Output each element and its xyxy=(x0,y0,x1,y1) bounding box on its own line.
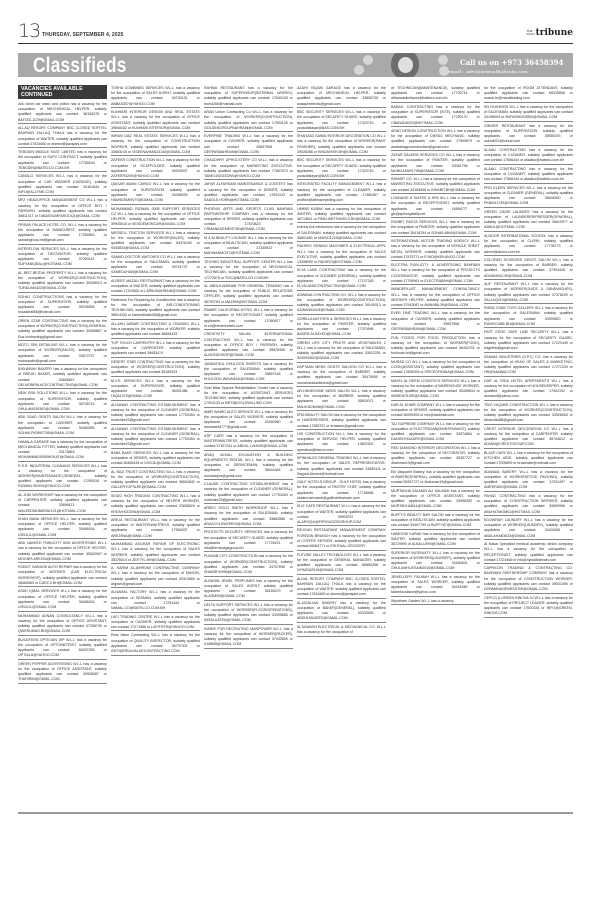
page-number: 13 xyxy=(18,20,40,42)
classified-ad: FIRSAN PALACE HOTEL CO. W.L.L has a vaca… xyxy=(18,221,107,245)
classified-ad: FUTURE VALLEY TECHNOLOGY W.L.L has a vac… xyxy=(297,551,386,575)
classified-ad: ELIZ CAFE RESTAURANT W.L.L has a vacancy… xyxy=(297,502,386,526)
classified-ad: ALTAAWASI ELECTRICAL & MECHANICAL CO. W.… xyxy=(297,623,386,637)
classified-ad: ROBOT GARAGE AUTO REPAIR has a vacancy f… xyxy=(18,563,107,587)
classified-ad: AMIR WAHID AUTO SERVICE W.L.L has a vaca… xyxy=(204,408,293,432)
classified-ad: SHAHZAD SAWAI INTERIOR DECORATION CO W.L… xyxy=(297,132,386,156)
classified-ad: MURTADHA SALMAN ALI SALMAN has a vacancy… xyxy=(391,487,480,511)
mobile-icon xyxy=(438,55,448,65)
classified-ad: ABU SAAD GENTS SALON W.L.L has a vacancy… xyxy=(18,413,107,437)
classified-ad: LAFI TRADING CENTRE W.L.L has a vacancy … xyxy=(111,613,200,632)
classified-ad: CREATIVITY SALMA INTERNATIONAL CONTRACTI… xyxy=(204,330,293,359)
classified-ad: BANAD CONTRACTING has a vacancy for the … xyxy=(391,103,480,127)
classified-ad: ERA BEAUTY SALON has a vacancy for the o… xyxy=(297,411,386,430)
classified-ad: Elk Valquarie Bakery has a vacancy for t… xyxy=(391,468,480,487)
classified-ad: PHOENIX ARTS AND SPORTS CLUB BAHRAIN PAR… xyxy=(204,205,293,234)
classified-ad: MUHAMMAD RIZWAN 0005 SUPPORT SERVICES CO… xyxy=(111,205,200,229)
newspaper-logo: THE DAILYtribune xyxy=(527,28,573,38)
classified-ad: ARAB Union Contracting Co W.L.L has a va… xyxy=(204,108,293,132)
email-icon xyxy=(363,55,373,65)
section-title: Classifieds xyxy=(33,54,127,77)
classified-ad: AL BAJI TRUST CONTRACTING W.L.L has a va… xyxy=(111,468,200,492)
classified-ad: GULF HOTELS GROUP - GULF HOTEL has a vac… xyxy=(297,478,386,502)
classified-ad: KHAN BABA SERVICES W.L.L has a vacancy f… xyxy=(18,515,107,539)
classified-ad: FUN FOODS FOR FOOD PRODUCTION has a vaca… xyxy=(391,334,480,358)
classified-ad: ASAD IQBAL SERVICES W.L.L has a vacancy … xyxy=(18,587,107,611)
classified-ad: SKIDO HIGH TRADING CONTRACTING W.L.L has… xyxy=(111,492,200,516)
classified-ad: eximus link electronics has a vacancy fo… xyxy=(297,223,386,242)
classified-ad: INSIDE FOR RECRUITING MANPOWER W.L.L has… xyxy=(204,625,293,649)
classified-ad: AREJA RESTAURANT W.L.L has a vacancy for… xyxy=(111,516,200,540)
classified-ad: ALIF RESTAURANT W.L.L has a vacancy for … xyxy=(484,280,573,304)
classified-ad: CREST INTERIOR DECORATION CO W.L.L has a… xyxy=(484,425,573,449)
classified-ad: EDOWRAH LAUNDRY W.L.L has a vacancy for … xyxy=(484,516,573,540)
classified-ad: RAMEE CALIFORNIA HOTEL W.L.L has a vacan… xyxy=(204,306,293,330)
column-3: RAHMA RESTAURANT has a vacancy for the o… xyxy=(204,85,293,810)
classified-ad: FAST EDGE SAFE LINE SECURITY W.L.L has a… xyxy=(484,328,573,352)
classified-ad: TECHNO INDUSTRIAL SUPPORT CENTER W.L.L h… xyxy=(204,258,293,282)
classified-ad: ALNAMAL FACTORY W.L.L has a vacancy for … xyxy=(111,588,200,612)
classified-ad: ZAFEER CONSTRUCTION W.L.L has a vacancy … xyxy=(111,156,200,180)
classified-ad: INHABIT CO. W.L.L has a vacancy for the … xyxy=(391,175,480,194)
classified-ad: MESSELL TRICTON SERVICES W.L.L has a vac… xyxy=(111,229,200,253)
classified-ad: M & M BEAUTY LOUNGE W.L.L has a vacancy … xyxy=(204,234,293,258)
classified-ad: R.S.R. INDUSTRIAL CLEANING SERVICES W.L.… xyxy=(18,462,107,491)
issue-date: THURSDAY, SEPTEMBER 4, 2025 xyxy=(42,32,123,38)
classified-ad: JAFAR ALFARSANI MAINTENANCE & CONTEST ha… xyxy=(204,180,293,204)
classified-ad: CLAUDE CONTRACTING ESTABLISHMENT has a v… xyxy=(204,480,293,504)
classified-ad: of TECHNICIAN(MAINTENANCE), suitably qua… xyxy=(391,85,480,103)
classified-ad: ZAFAR SALEEM SERVICES CO W.L.L has a vac… xyxy=(391,151,480,175)
mascot-face xyxy=(398,57,413,73)
classified-ad: PUNJAB CITY CONSTRUCTION has a vacancy f… xyxy=(204,552,293,576)
classified-ad: BLAZE CAFE W.L.L has a vacancy for the o… xyxy=(484,449,573,468)
masthead: 13 THURSDAY, SEPTEMBER 4, 2025 THE DAILY… xyxy=(18,26,573,44)
classified-ad: REJOUD RESTAURANT MANAGEMENT COMPANY FOR… xyxy=(297,526,386,550)
classified-ad: COLORED SCISSORS GENTS SALON W.L.L has a… xyxy=(484,256,573,280)
classified-ad: GREEN OASIS LAUNDRY has a vacancy for th… xyxy=(484,208,573,232)
classified-ad: SN FASHIONS W.L.L has a vacancy for the … xyxy=(484,103,573,122)
classified-ad: SAMAIA INDUSTRIES (S.P.C) CO. has a vaca… xyxy=(484,353,573,377)
classified-ad: DESERT STAR CONTRACTING has a vacancy fo… xyxy=(111,358,200,377)
classified-ad: AZAHI YAQUB GARAGE has a vacancy for the… xyxy=(297,85,386,108)
classified-ad: NEW ERA SOLUTIONS W.L.L has a vacancy fo… xyxy=(18,389,107,413)
classified-ad: GINGER RESTAURANT has a vacancy for the … xyxy=(484,122,573,146)
classified-ad: Real Value Contracting W.L.L has a vacan… xyxy=(111,631,200,655)
classified-ad: RUNBIT RASTA SERVICES W.L.L has a vacanc… xyxy=(391,218,480,237)
classified-ad: JEWELLERY FALAMH W.L.L has a vacancy for… xyxy=(391,573,480,597)
column-5: of TECHNICIAN(MAINTENANCE), suitably qua… xyxy=(391,85,480,810)
classified-ad: FAKHRO SEWING MACHINES & ELECTRICAL APPL… xyxy=(297,242,386,266)
classified-ad: ALJAZALIAN BAKERY has a vacancy for the … xyxy=(297,599,386,623)
classified-ad: KUNHARI INTERIOR DESIGN AND REAL ESTATE … xyxy=(111,108,200,132)
logo-text: tribune xyxy=(536,28,573,38)
classified-ad: AREEJ GOLD SMITH WORKSHOP W.L.L has a va… xyxy=(204,504,293,528)
classified-ad: ARAD DESIGN CONSTRUCTION W.L.L has a vac… xyxy=(391,127,480,151)
classified-ad: ASWANA CONTRACTING CO. W.L.L has a vacan… xyxy=(297,291,386,315)
classified-ad: ALAALI CONTRACTING has a vacancy for the… xyxy=(484,165,573,184)
classified-ad: INTERFLOW SERVICES W.L.L has a vacancy f… xyxy=(18,245,107,269)
classified-ad: GORILLA MOTORS & SERVICES W.L.L has a va… xyxy=(297,315,386,339)
classified-ad: FAHAD CONTRACTING has a vacancy for the … xyxy=(484,492,573,516)
classified-ad: CHAUDHRY UPHOLSTERY CO W.L.L has a vacan… xyxy=(204,156,293,180)
classified-ad: SAMAD DOCTOR WATCHES CO W.L.L has a vaca… xyxy=(111,253,200,277)
classified-ad: MFZ HEADOFFICE MANAGEMENT CO W.L.L has a… xyxy=(18,196,107,220)
classified-ad: TWO YAQUBS CONSTRUCTION W.L.L has a vaca… xyxy=(484,401,573,425)
classified-ad: DELTA SUPPORT SERVICES W.L.L has a vacan… xyxy=(204,601,293,625)
classified-ad: MOTO SPA DETAILING W.L.L has a vacancy f… xyxy=(18,341,107,365)
classified-ad: AL JUDI WORKSHOP has a vacancy for the o… xyxy=(18,491,107,515)
classifieds-columns: VACANCIES AVAILABLE CONTINUEDAbu Amin ca… xyxy=(18,85,573,810)
classified-ad: IMRAN IJAZ REAL ESTATE SERVICES W.L.L ha… xyxy=(111,132,200,156)
logo-prefix: THE DAILY xyxy=(527,30,535,36)
classified-ad: ALLAQ RESORT COMPANY BSC CLOSED SOFITEL … xyxy=(18,124,107,148)
phone-icon xyxy=(354,65,364,75)
classified-ad: GREEN PEPPER ADVERTISING W.L.L has a vac… xyxy=(18,660,107,684)
classified-ad: BUSAITEEN OPTICIAN WP W.L.L has a vacanc… xyxy=(18,636,107,660)
classified-ad: MURAD CO W.L.L has a vacancy for the occ… xyxy=(391,358,480,377)
classified-ad: ALNOOR INTERNATIONAL SCHOOL has a vacanc… xyxy=(484,232,573,256)
classified-ad: Fasteners For Repairing Air Conditioners… xyxy=(111,296,200,320)
classified-ad: UMMIS KARAK has a vacancy for the occupa… xyxy=(297,205,386,224)
classified-ad: BUFFY'S BEAUTY BAR SALON has a vacancy f… xyxy=(391,511,480,530)
classified-ad: WANDERLUST MANAGEMENT CONSULTANCY W.L.L … xyxy=(391,285,480,309)
classified-ad: JANNATHUL KHULOOD SWEETS has a vacancy f… xyxy=(204,360,293,384)
classified-ad: CAPRICON TRADING & CONTRACTING CO. BAHRA… xyxy=(484,564,573,593)
page-bottom-rule xyxy=(18,812,573,814)
column-6: for the occupation of ROOM ATTENDANT, su… xyxy=(484,85,573,810)
classified-ad: HIS CONSTRUCTION W.L.L has a vacancy for… xyxy=(297,430,386,454)
classified-ad: DAR AL KHAIR COMPANY W.L.L has a vacancy… xyxy=(391,401,480,420)
classified-ad: ALAALI CONTRACTING has a vacancy for the… xyxy=(484,146,573,165)
classified-ad: MUHAMMAD ASGHAR REPAIR OF ELECTRONIC W.L… xyxy=(111,540,200,564)
column-2: TOSHA COMBINED SERVICES W.L.L has a vaca… xyxy=(111,85,200,810)
classified-ad: ALLAHU AKBAR CONTRACTING & TRADING W.L.L… xyxy=(111,320,200,339)
classified-ad: ORIEN STAR CONTRACTING has a vacancy for… xyxy=(18,317,107,341)
classified-ad: CEPCO & GREEN INNOVA JV W.L.L has a vaca… xyxy=(484,594,573,618)
classified-ad: ADABAIA BAKERY W.L.L has a vacancy for t… xyxy=(484,468,573,492)
classified-ad: ALDANAH CONTRACTING ESTABLISHMENT has a … xyxy=(111,401,200,425)
column-4: AZAHI YAQUB GARAGE has a vacancy for the… xyxy=(297,85,386,810)
classified-ad: CANGLO SERVICES W.L.L has a vacancy for … xyxy=(18,172,107,196)
classified-ad: TEBODIN MIDDLE EAST LIMITED has a vacanc… xyxy=(18,148,107,172)
classified-ad: RED DIAMOND INTERIOR DECORATION W.L.L ha… xyxy=(391,444,480,468)
classified-ad: HAMOODI KARAK has a vacancy for the occu… xyxy=(391,530,480,549)
classified-ad: ALBASMI JEWEL PERFUMES has a vacancy for… xyxy=(204,577,293,601)
call-us-text: Call us on +973 36458394 xyxy=(460,58,563,67)
classified-ad: DAR AL RIDA HOTEL APARTMENTS W.L.L has a… xyxy=(484,377,573,401)
classified-ad: INSHARAH BAKERY has a vacancy for the oc… xyxy=(18,365,107,389)
classified-ad: EVER FINE TRADING W.L.L has a vacancy fo… xyxy=(391,309,480,333)
classified-ad: MUHAMMAD ADNAN CONSULTANCY W.L.L has a v… xyxy=(18,612,107,636)
classified-ad: BBC SECURITY SERVICES W.L.L has a vacanc… xyxy=(297,156,386,180)
classified-ad: ATIF CAFE has a vacancy for the occupati… xyxy=(204,432,293,451)
classified-ad: ALDAL RESORT COMPANY BSC CLOSED SOFITEL … xyxy=(297,575,386,599)
email-contact[interactable]: email : advt@newsofbahrain.com xyxy=(448,69,528,74)
classified-ad: ELYA LAND CONTRACTING has a vacancy for … xyxy=(297,266,386,290)
classified-ad: AL ABDULLWAHAB FOR GENERAL TRADING has a… xyxy=(204,282,293,306)
classified-ad: MAYEL AL REEM LOGISTICS SERVICES W.L.L h… xyxy=(391,377,480,401)
classified-ad: A. KARIM ALJAHROMI CONTRACTING COMPANY W… xyxy=(111,564,200,588)
classified-ad: PROTECTS SECURITY SERVICES has a vacancy… xyxy=(204,528,293,552)
classified-ad: ARAQ ALKALI EXCAVATION & BUILDING EQUIPM… xyxy=(204,451,293,480)
classified-ad: M.V.S SERVICES W.L.L has a vacancy for t… xyxy=(111,377,200,401)
classified-ad: TAJ SUPREME COMPANY W.L.L has a vacancy … xyxy=(391,420,480,444)
classified-ad: for the occupation of ROOM ATTENDANT, su… xyxy=(484,85,573,103)
column-1: VACANCIES AVAILABLE CONTINUEDAbu Amin ca… xyxy=(18,85,107,810)
classified-ad: Gold Bliss Spaces Rehabilitation Center … xyxy=(204,384,293,408)
classified-ad: RAHMA RESTAURANT has a vacancy for the o… xyxy=(204,85,293,108)
classified-ad: HAMALA GARAGE has a vacancy for the occu… xyxy=(18,438,107,462)
classified-ad: RUBIX CUBE TOYS GALLERY W.L.L has a vaca… xyxy=(484,304,573,328)
classified-ad: TOSHA COMBINED SERVICES W.L.L has a vaca… xyxy=(111,85,200,108)
classified-ad: INTEGRATED FACILITY MANAGEMENT W.L.L has… xyxy=(297,180,386,204)
classified-ad: SUPERIOR INGENUITY W.L.L has a vacancy f… xyxy=(391,549,480,573)
classified-ad: Wyndham Garden W.L.L has a vacancy xyxy=(391,597,480,606)
classified-ad: SOHAJ CONSTRUCTIONS has a vacancy for th… xyxy=(18,293,107,317)
classified-ad: ELECTRA PUBLICITY & ADVERTISING BAHRAIN … xyxy=(391,261,480,285)
classified-ad: BABA BAKR SERVICES W.L.L has a vacancy f… xyxy=(111,449,200,468)
classified-ad: QAISAR AWAN CARGO W.L.L has a vacancy fo… xyxy=(111,180,200,204)
classified-ad: TOP TOUCH CARPENTRY W.L.L has a vacancy … xyxy=(111,339,200,358)
classified-ad: Al Nakal Specialist medical academic cli… xyxy=(484,540,573,564)
classified-ad: LOUNAGE 8 SUITES & SPA W.L.L has a vacan… xyxy=(391,194,480,218)
classified-ad: AL BEIT BEITAK PROPERTY W.L.L has a vaca… xyxy=(18,269,107,293)
classified-ad: SPINHALEZ GENERAL TRADING W.L.L has a va… xyxy=(297,454,386,478)
classified-ad: ALREEF MAZALI RESTAURANT has a vacancy f… xyxy=(111,277,200,296)
classified-ad: KAPTAAN MENS GENTS SALOON CO W.L.L has a… xyxy=(297,363,386,387)
classified-ad: Abu Amin car wash and polish has a vacan… xyxy=(18,100,107,124)
section-heading: VACANCIES AVAILABLE CONTINUED xyxy=(18,85,107,99)
classified-ad: EVERFINE TRADING W.L.L has a vacancy for… xyxy=(204,132,293,156)
classified-ad: ABU NAVEED PUBLICITY AND ADVERTISING W.L… xyxy=(18,539,107,563)
classified-ad: PRO KLEEN SERVICES W.L.L has a vacancy f… xyxy=(484,184,573,208)
classifieds-banner: Classifieds Call us on +973 36458394 ema… xyxy=(18,53,573,77)
classified-ad: ALDANAH CONTRACTING ESTABLISHMENT has a … xyxy=(111,425,200,449)
classified-ad: AR-HANDSOME MENS SALON W.L.L has a vacan… xyxy=(297,387,386,411)
classified-ad: GREEN LIFE CITY FRUITS AND VEGETABLES 2 … xyxy=(297,339,386,363)
classified-ad: BBC SECURITY SERVICES W.L.L has a vacanc… xyxy=(297,108,386,132)
classified-ad: INTERNATIONAL MOTOR TRADING AGENCY W.L.L… xyxy=(391,237,480,261)
